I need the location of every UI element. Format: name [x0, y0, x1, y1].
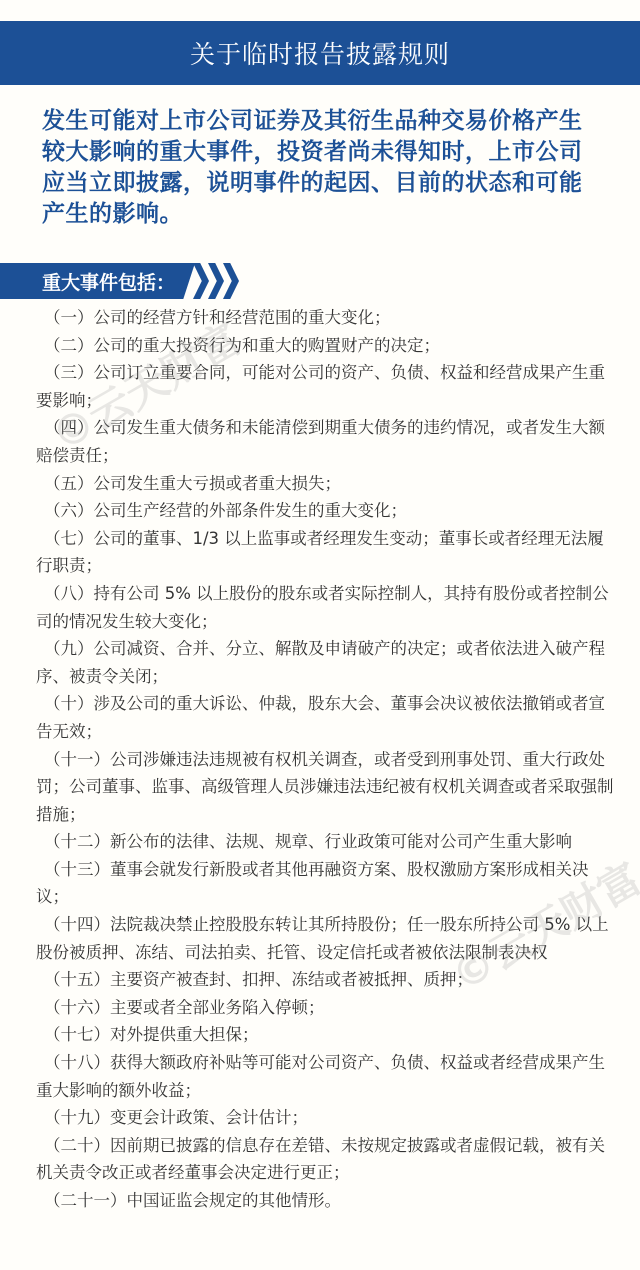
list-item: （十）涉及公司的重大诉讼、仲裁，股东大会、董事会决议被依法撤销或者宣告无效； — [36, 690, 616, 745]
list-item: （七）公司的董事、1/3 以上监事或者经理发生变动；董事长或者经理无法履行职责； — [36, 525, 616, 580]
list-item: （六）公司生产经营的外部条件发生的重大变化； — [36, 497, 616, 525]
list-item: （十四）法院裁决禁止控股股东转让其所持股份；任一股东所持公司 5% 以上股份被质… — [36, 911, 616, 966]
list-item: （八）持有公司 5% 以上股份的股东或者实际控制人，其持有股份或者控制公司的情况… — [36, 580, 616, 635]
intro-paragraph: 发生可能对上市公司证券及其衍生品种交易价格产生较大影响的重大事件，投资者尚未得知… — [42, 106, 602, 230]
list-item: （二十）因前期已披露的信息存在差错、未按规定披露或者虚假记载，被有关机关责令改正… — [36, 1132, 616, 1187]
section-header-label: 重大事件包括： — [42, 268, 175, 295]
title-banner: 关于临时报告披露规则 — [0, 21, 640, 85]
triple-chevron-right-icon — [193, 263, 238, 299]
list-item: （三）公司订立重要合同，可能对公司的资产、负债、权益和经营成果产生重要影响； — [36, 359, 616, 414]
list-item: （十七）对外提供重大担保； — [36, 1021, 616, 1049]
list-item: （十五）主要资产被查封、扣押、冻结或者被抵押、质押； — [36, 966, 616, 994]
major-events-list: （一）公司的经营方针和经营范围的重大变化； （二）公司的重大投资行为和重大的购置… — [36, 304, 616, 1215]
list-item: （十二）新公布的法律、法规、规章、行业政策可能对公司产生重大影响 — [36, 828, 616, 856]
list-item: （二）公司的重大投资行为和重大的购置财产的决定； — [36, 332, 616, 360]
chevron-right-icon — [208, 263, 224, 299]
list-item: （十三）董事会就发行新股或者其他再融资方案、股权激励方案形成相关决议； — [36, 856, 616, 911]
chevron-right-icon — [223, 263, 239, 299]
chevron-right-icon — [193, 263, 209, 299]
list-item: （十六）主要或者全部业务陷入停顿； — [36, 994, 616, 1022]
section-header-bar: 重大事件包括： — [0, 263, 195, 299]
list-item: （一）公司的经营方针和经营范围的重大变化； — [36, 304, 616, 332]
list-item: （九）公司减资、合并、分立、解散及申请破产的决定；或者依法进入破产程序、被责令关… — [36, 635, 616, 690]
list-item: （十一）公司涉嫌违法违规被有权机关调查，或者受到刑事处罚、重大行政处罚；公司董事… — [36, 746, 616, 829]
list-item: （十八）获得大额政府补贴等可能对公司资产、负债、权益或者经营成果产生重大影响的额… — [36, 1049, 616, 1104]
list-item: （五）公司发生重大亏损或者重大损失； — [36, 470, 616, 498]
list-item: （二十一）中国证监会规定的其他情形。 — [36, 1187, 616, 1215]
page-title: 关于临时报告披露规则 — [190, 35, 450, 71]
section-header: 重大事件包括： — [0, 263, 238, 299]
list-item: （十九）变更会计政策、会计估计； — [36, 1104, 616, 1132]
list-item: （四）公司发生重大债务和未能清偿到期重大债务的违约情况，或者发生大额赔偿责任； — [36, 414, 616, 469]
